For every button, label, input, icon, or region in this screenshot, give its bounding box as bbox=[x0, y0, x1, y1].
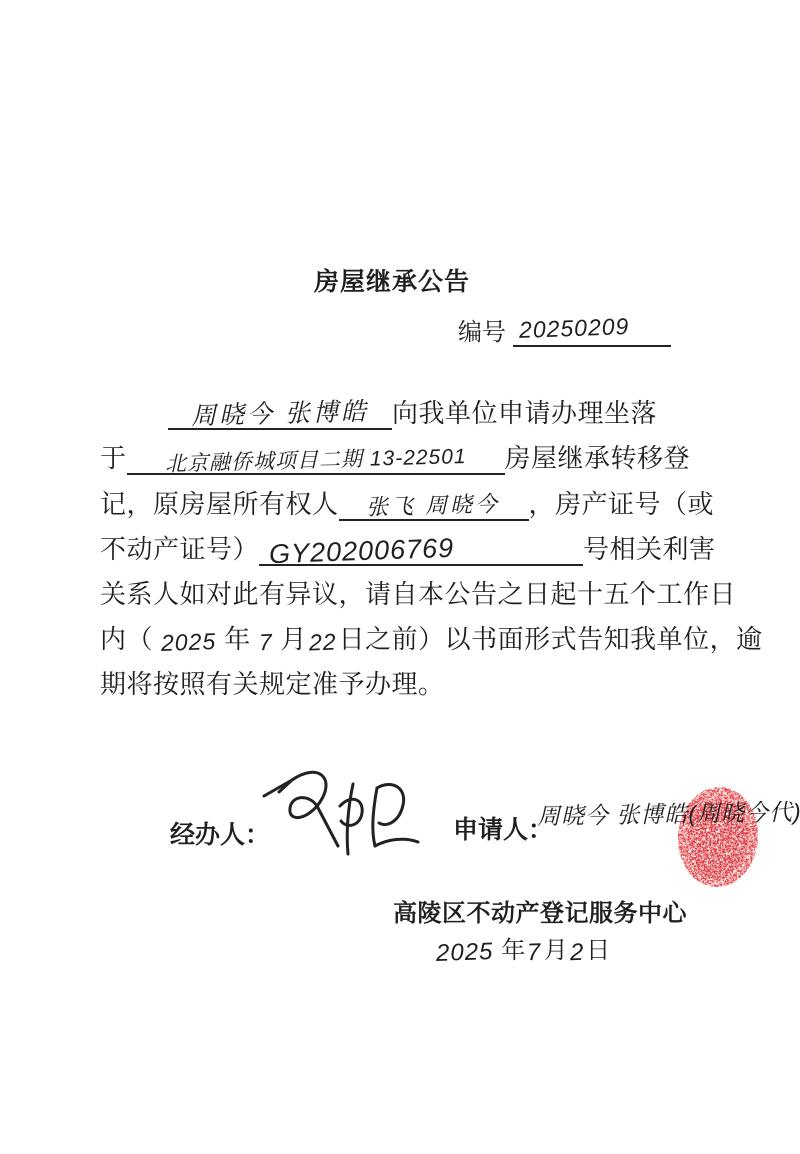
number-label: 编号 bbox=[458, 319, 506, 346]
issuing-org: 高陵区不动产登记服务中心 bbox=[393, 893, 687, 928]
issue-year-handwritten: 2025 bbox=[436, 940, 494, 966]
body-line-1: 周晓今 张博皓向我单位申请办理坐落 bbox=[168, 396, 657, 430]
body-line-4: 不动产证号）GY202006769号相关利害 bbox=[100, 532, 716, 566]
red-fingerprint-icon bbox=[670, 782, 765, 892]
number-blank-underline: 20250209 bbox=[513, 313, 671, 347]
body-line-2-prefix: 于 bbox=[100, 443, 127, 473]
body-line-3-text1: 记，原房屋所有权人 bbox=[100, 489, 339, 519]
applicant-signature-handwritten: 周晓今 张博皓(周晓今代) bbox=[537, 801, 800, 829]
cert-no-blank-underline: GY202006769 bbox=[259, 532, 583, 566]
deadline-month-handwritten: 7 bbox=[258, 631, 273, 654]
body-line-1-text: 向我单位申请办理坐落 bbox=[392, 398, 657, 428]
signature-row: 经办人： 申请人： 周晓今 张博皓(周晓今代) bbox=[0, 755, 800, 905]
body-line-6: 内（2025年7月22日之前）以书面形式告知我单位，逾 bbox=[100, 622, 763, 656]
issue-month-handwritten: 7 bbox=[527, 941, 542, 965]
owners-blank-underline: 张飞 周晓今 bbox=[339, 487, 529, 521]
deadline-day-handwritten: 22 bbox=[309, 631, 337, 655]
body-line-2-text: 房屋继承转移登 bbox=[505, 443, 691, 473]
body-line-6-pre: 内（ bbox=[100, 624, 153, 654]
issue-day-handwritten: 2 bbox=[569, 941, 584, 965]
month-label: 月 bbox=[281, 624, 308, 654]
number-value-handwritten: 20250209 bbox=[518, 315, 629, 342]
address-handwritten: 北京融侨城项目二期 13-22501 bbox=[164, 446, 466, 475]
page-title: 房屋继承公告 bbox=[314, 262, 470, 298]
issue-day-label: 日 bbox=[586, 937, 610, 964]
deadline-year-handwritten: 2025 bbox=[161, 630, 217, 655]
scanned-notice-page: 房屋继承公告 编号 20250209 周晓今 张博皓向我单位申请办理坐落 于北京… bbox=[0, 0, 800, 1154]
body-line-4-text2: 号相关利害 bbox=[583, 534, 716, 564]
body-line-3: 记，原房屋所有权人张飞 周晓今，房产证号（或 bbox=[100, 487, 714, 521]
cert-no-handwritten: GY202006769 bbox=[269, 535, 455, 568]
body-line-6-post: 日之前）以书面形式告知我单位，逾 bbox=[339, 624, 763, 654]
owners-handwritten: 张飞 周晓今 bbox=[366, 493, 501, 519]
body-line-2: 于北京融侨城项目二期 13-22501房屋继承转移登 bbox=[100, 441, 690, 475]
issue-month-label: 月 bbox=[544, 937, 568, 964]
body-line-7-text: 期将按照有关规定准予办理。 bbox=[100, 669, 445, 699]
body-line-5-text: 关系人如对此有异议，请自本公告之日起十五个工作日 bbox=[100, 579, 736, 609]
body-line-4-text1: 不动产证号） bbox=[100, 534, 259, 564]
handler-signature-scribble-icon bbox=[246, 760, 426, 865]
applicants-blank-underline: 周晓今 张博皓 bbox=[168, 396, 392, 430]
body-line-7: 期将按照有关规定准予办理。 bbox=[100, 667, 445, 701]
document-number-line: 编号 20250209 bbox=[458, 312, 671, 347]
issue-year-label: 年 bbox=[501, 937, 525, 964]
issue-date-line: 2025年7月2日 bbox=[428, 930, 610, 965]
body-line-5: 关系人如对此有异议，请自本公告之日起十五个工作日 bbox=[100, 577, 736, 611]
year-label: 年 bbox=[224, 624, 251, 654]
applicants-handwritten: 周晓今 张博皓 bbox=[191, 400, 370, 430]
body-line-3-text2: ，房产证号（或 bbox=[529, 489, 715, 519]
address-blank-underline: 北京融侨城项目二期 13-22501 bbox=[127, 441, 505, 475]
